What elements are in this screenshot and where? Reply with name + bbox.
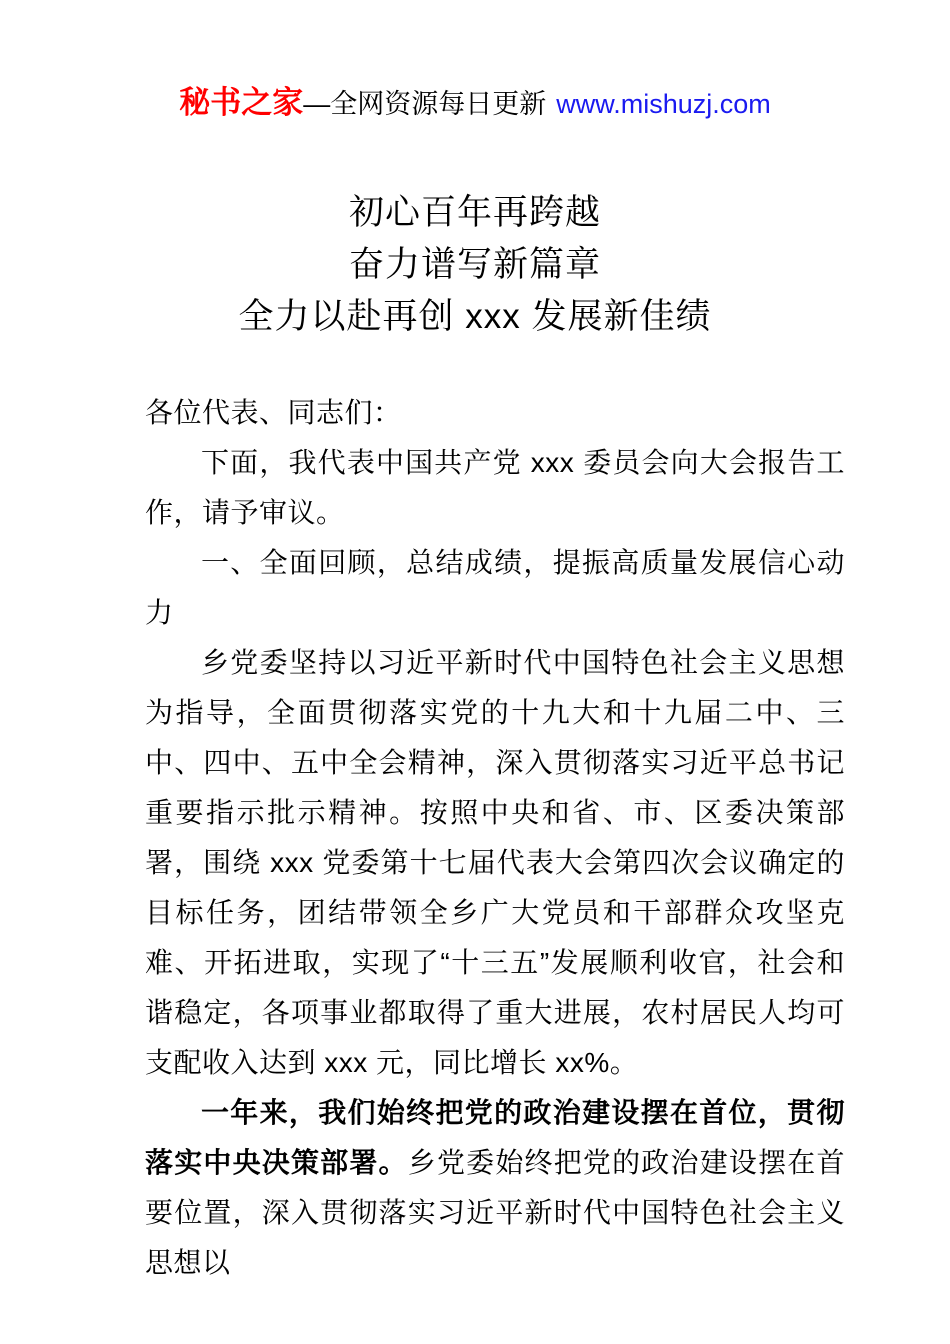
document-page: 秘书之家—全网资源每日更新www.mishuzj.com 初心百年再跨越 奋力谱… xyxy=(0,0,950,1344)
site-url[interactable]: www.mishuzj.com xyxy=(556,89,771,119)
site-header: 秘书之家—全网资源每日更新www.mishuzj.com xyxy=(0,84,950,123)
title-line-1: 初心百年再跨越 xyxy=(0,187,950,239)
paragraph-political: 一年来，我们始终把党的政治建设摆在首位，贯彻落实中央决策部署。乡党委始终把党的政… xyxy=(145,1088,845,1288)
title-line-2: 奋力谱写新篇章 xyxy=(0,239,950,291)
paragraph-review: 乡党委坚持以习近平新时代中国特色社会主义思想为指导，全面贯彻落实党的十九大和十九… xyxy=(145,638,845,1088)
brand-text: 秘书之家 xyxy=(179,85,303,120)
document-title: 初心百年再跨越 奋力谱写新篇章 全力以赴再创 xxx 发展新佳绩 xyxy=(0,187,950,343)
paragraph-intro: 下面，我代表中国共产党 xxx 委员会向大会报告工作，请予审议。 xyxy=(145,438,845,538)
header-tagline: —全网资源每日更新 xyxy=(303,89,546,119)
document-body: 各位代表、同志们： 下面，我代表中国共产党 xxx 委员会向大会报告工作，请予审… xyxy=(0,388,950,1288)
paragraph-section-heading: 一、全面回顾，总结成绩，提振高质量发展信心动力 xyxy=(145,538,845,638)
paragraph-salutation: 各位代表、同志们： xyxy=(145,388,845,438)
title-line-3: 全力以赴再创 xxx 发展新佳绩 xyxy=(0,291,950,343)
